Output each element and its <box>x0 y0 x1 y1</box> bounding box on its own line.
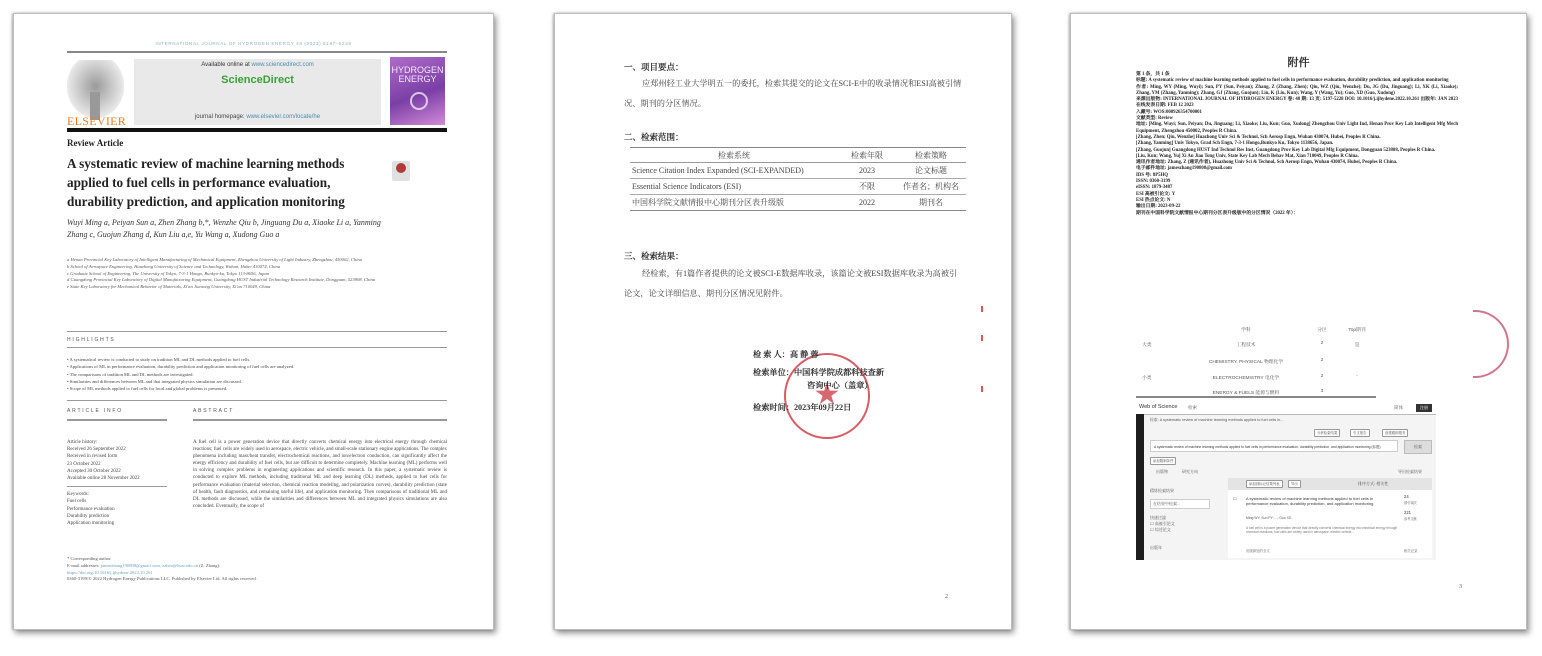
affiliations: a Henan Provincial Key Laboratory of Int… <box>67 257 447 291</box>
table-row: ENERGY & FUELS 能源与燃料 3 <box>1136 389 1376 401</box>
highlight-item: • A systematical review is conducted to … <box>67 356 447 363</box>
sciencedirect-name: ScienceDirect <box>134 74 381 86</box>
abstract-heading: ABSTRACT <box>193 408 234 414</box>
email-links[interactable]: jameszhang190808@gmail.com, zzhen@hust.e… <box>101 563 198 568</box>
refine-input[interactable]: 在结果中检索... <box>1150 499 1210 509</box>
column-header: Top期刊 <box>1342 326 1372 333</box>
article-type: Review Article <box>67 138 123 148</box>
unit-line-2: 咨询中心（盖章） <box>807 380 873 391</box>
divider <box>193 419 447 421</box>
wos-tab-publications[interactable]: 出版物 <box>1156 469 1168 475</box>
time-line: 检索时间：2023年09月22日 <box>753 402 851 413</box>
homepage-label: journal homepage: <box>195 114 246 120</box>
cell: 作者名；机构名 <box>896 179 966 195</box>
add-to-marked-list-button[interactable]: 添加到标记结果列表 <box>1246 480 1283 488</box>
record-line: 作者: Ming, WY (Ming, Wuyi); Sun, PY (Sun,… <box>1136 85 1458 98</box>
full-text-link[interactable]: 出版商处的全文 <box>1246 548 1270 553</box>
search-scope-table: 检索系统 检索年限 检索策略 Science Citation Index Ex… <box>630 147 966 211</box>
wos-language-select[interactable]: 简体 <box>1394 405 1403 411</box>
result-title-link[interactable]: A systematic review of machine learning … <box>1246 496 1391 506</box>
column-header: 学科 <box>1186 326 1306 333</box>
keyword: Fuel cells <box>67 498 167 505</box>
result-snippet: A fuel cell is a power generation device… <box>1246 526 1406 534</box>
citation-count[interactable]: 24 <box>1404 494 1409 499</box>
header-thick-bar <box>67 128 447 132</box>
cell: 期刊名 <box>896 195 966 211</box>
affiliation-e: e State Key Laboratory for Mechanical Be… <box>67 284 447 291</box>
seam-seal-mark <box>981 335 983 341</box>
column-header: 检索策略 <box>896 148 966 163</box>
sort-select[interactable]: 排序方式: 相关性 <box>1358 481 1388 487</box>
affiliation-d: d Guangdong Provincial Key Laboratory of… <box>67 277 447 284</box>
column-header: 检索系统 <box>630 148 838 163</box>
filter-checkbox[interactable]: ☐ 综述论文 <box>1150 527 1210 533</box>
history-item: 23 October 2022 <box>67 461 167 468</box>
journal-cover-image: HYDROGEN ENERGY <box>390 57 445 125</box>
divider <box>67 419 167 421</box>
wos-results-list: 添加到标记结果列表 导出 排序方式: 相关性 ☐ A systematic re… <box>1228 478 1432 558</box>
reference-label: 参考文献 <box>1404 516 1417 521</box>
table-row: 大类 工程技术 2 是 <box>1136 341 1376 353</box>
header-rule <box>67 51 447 53</box>
table-header-row: 学科 分区 Top期刊 <box>1136 326 1376 338</box>
article-history: Article history: Received 26 September 2… <box>67 439 167 527</box>
wos-logo: Web of Science <box>1139 404 1177 410</box>
table-row: Essential Science Indicators (ESI) 不限 作者… <box>630 179 966 195</box>
wos-citation-report-button[interactable]: 引文报告 <box>1350 429 1370 437</box>
searcher-line: 检 索 人：高 静 蓉 <box>753 349 819 360</box>
cell: Essential Science Indicators (ESI) <box>630 179 838 195</box>
wos-analyze-button[interactable]: 分析检索结果 <box>1314 429 1340 437</box>
history-label: Article history: <box>67 439 167 446</box>
unit-line: 检索单位：中国科学院成都科技查新 <box>753 367 884 378</box>
affiliation-b: b School of Aerospace Engineering, Huazh… <box>67 264 447 271</box>
wos-results-toolbar: 添加到标记结果列表 导出 排序方式: 相关性 <box>1228 478 1432 490</box>
keyword: Application monitoring <box>67 520 167 527</box>
search-date: 2023年09月22日 <box>794 403 851 412</box>
divider <box>67 347 447 348</box>
copyright-line: 0360-3199/© 2022 Hydrogen Energy Publica… <box>67 576 447 583</box>
divider <box>67 486 167 487</box>
footnotes: * Corresponding author. E-mail addresses… <box>67 556 447 583</box>
result-authors: Ming WY; Sun PY; ...; Guo XD <box>1246 516 1291 520</box>
searcher-name: 高 静 蓉 <box>790 350 819 359</box>
cover-title: HYDROGEN ENERGY <box>390 66 445 84</box>
record-details: 第 1 条，共 1 条 标题: A systematic review of m… <box>1136 72 1458 217</box>
available-online-line: Available online at www.sciencedirect.co… <box>134 62 381 68</box>
table-bottom-rule <box>1136 396 1376 398</box>
section3-text: 经检索，有1篇作者提供的论文被SCI-E数据库收录，该篇论文被ESI数据库收录为… <box>624 264 964 304</box>
email-line: E-mail addresses: jameszhang190808@gmail… <box>67 563 447 570</box>
record-line: 来源出版物: INTERNATIONAL JOURNAL OF HYDROGEN… <box>1136 97 1458 110</box>
affiliation-c: c Graduate School of Engineering, The Un… <box>67 271 447 278</box>
table-row: 小类 ELECTROCHEMISTRY 电化学 2 - <box>1136 374 1376 386</box>
section2-heading: 二、检索范围： <box>624 131 684 143</box>
related-records-link[interactable]: 相关记录 <box>1404 548 1418 553</box>
cover-ring-graphic <box>410 92 428 110</box>
column-header: 分区 <box>1316 326 1328 333</box>
highlights-heading: HIGHLIGHTS <box>67 337 116 343</box>
cell: 论文标题 <box>896 163 966 179</box>
citation-label: 被引频次 <box>1404 500 1417 505</box>
table-row: CHEMISTRY, PHYSICAL 物理化学 2 <box>1136 358 1376 370</box>
highlight-item: • Similarities and differences between M… <box>67 378 447 385</box>
abstract-text: A fuel cell is a power generation device… <box>193 439 447 510</box>
sciencedirect-banner: Available online at www.sciencedirect.co… <box>134 59 381 125</box>
wos-nav-search[interactable]: 检索 <box>1188 405 1197 411</box>
highlight-item: • Scope of ML methods applied to fuel ce… <box>67 385 447 392</box>
wos-query-label: 检索: A systematic review of machine learn… <box>1150 418 1283 423</box>
official-red-seal: ★ <box>784 353 870 439</box>
seam-seal-mark <box>981 386 983 392</box>
section1-heading: 一、项目要点： <box>624 61 684 73</box>
cell: 中国科学院文献情报中心期刊分区表升级版 <box>630 195 838 211</box>
seam-seal-mark <box>981 306 983 312</box>
refine-heading: 精炼检索结果 <box>1150 488 1210 494</box>
cell: 不限 <box>838 179 896 195</box>
wos-topbar: Web of Science 检索 简体 注册 <box>1136 402 1436 415</box>
history-item: Accepted 30 October 2022 <box>67 468 167 475</box>
table-row: Science Citation Index Expanded (SCI-EXP… <box>630 163 966 179</box>
result-checkbox[interactable]: ☐ <box>1233 496 1237 501</box>
highlight-item: • The comparisons of tradition ML and DL… <box>67 371 447 378</box>
export-button[interactable]: 导出 <box>1288 480 1301 488</box>
cell: Science Citation Index Expanded (SCI-EXP… <box>630 163 838 179</box>
wos-add-filter-button[interactable]: 添加限制条件 <box>1150 457 1176 465</box>
history-item: Received in revised form <box>67 453 167 460</box>
corresponding-author-note: * Corresponding author. <box>67 556 447 563</box>
journal-homepage-line: journal homepage: www.elsevier.com/locat… <box>134 114 381 120</box>
document-page-search-report[interactable]: 一、项目要点： 应郑州轻工业大学明五一的委托，检索其提交的论文在SCI-E中的收… <box>554 13 1012 630</box>
document-page-attachment[interactable]: 附件 第 1 条，共 1 条 标题: A systematic review o… <box>1070 13 1527 630</box>
record-line: 标题: A systematic review of machine learn… <box>1136 78 1458 84</box>
wos-screenshot: Web of Science 检索 简体 注册 检索: A systematic… <box>1136 402 1436 560</box>
wos-tab-research-areas[interactable]: 研究方向 <box>1182 469 1198 475</box>
table-row: 中国科学院文献情报中心期刊分区表升级版 2022 期刊名 <box>630 195 966 211</box>
attachment-title: 附件 <box>1071 54 1526 70</box>
publisher-logo-text: ELSEVIER <box>67 114 126 129</box>
publication-years-filter[interactable]: 出版年 <box>1150 545 1210 551</box>
keyword: Durability prediction <box>67 513 167 520</box>
history-item: Received 26 September 2022 <box>67 446 167 453</box>
page-number: 3 <box>1459 584 1462 590</box>
wos-sidebar <box>1136 414 1144 560</box>
record-line: [Zhang, Guojun] Guangdong HUST Ind Techn… <box>1136 148 1458 154</box>
reference-count[interactable]: 221 <box>1404 510 1411 515</box>
journal-running-header: INTERNATIONAL JOURNAL OF HYDROGEN ENERGY… <box>14 41 493 46</box>
wos-search-button[interactable]: 检索 <box>1404 440 1432 454</box>
divider <box>67 331 447 332</box>
divider <box>67 400 447 401</box>
cell: 2023 <box>838 163 896 179</box>
wos-register-button[interactable]: 注册 <box>1416 404 1432 412</box>
wos-refine-panel: 精炼检索结果 在结果中检索... 快速过滤 ☐ 高被引论文 ☐ 综述论文 出版年 <box>1150 488 1210 558</box>
highlight-item: • Applications of ML in performance eval… <box>67 363 447 370</box>
table-header-row: 检索系统 检索年限 检索策略 <box>630 148 966 163</box>
wos-search-input[interactable]: A systematic review of machine learning … <box>1150 440 1398 452</box>
cell: 2022 <box>838 195 896 211</box>
article-title: A systematic review of machine learning … <box>67 154 387 211</box>
unit-name: 中国科学院成都科技查新 <box>794 368 884 377</box>
page-number: 2 <box>945 594 948 600</box>
highlights-list: • A systematical review is conducted to … <box>67 356 447 392</box>
wos-alert-button[interactable]: 创建跟踪服务 <box>1382 429 1408 437</box>
keywords-label: Keywords: <box>67 491 167 498</box>
crossmark-icon[interactable] <box>392 161 410 181</box>
record-line: 地址: [Ming, Wuyi; Sun, Peiyan; Du, Jingua… <box>1136 122 1458 135</box>
history-item: Available online 28 November 2022 <box>67 475 167 482</box>
article-info-heading: ARTICLE INFO <box>67 408 123 414</box>
sciencedirect-link[interactable]: www.sciencedirect.com <box>251 62 313 68</box>
section1-text: 应郑州轻工业大学明五一的委托，检索其提交的论文在SCI-E中的收录情况和ESI高… <box>624 74 964 114</box>
section3-heading: 三、检索结果： <box>624 250 684 262</box>
available-online-label: Available online at <box>201 62 251 68</box>
seam-seal-half <box>1473 310 1509 378</box>
wos-export-link[interactable]: 导出检索结果 <box>1398 469 1422 475</box>
journal-homepage-link[interactable]: www.elsevier.com/locate/he <box>246 114 320 120</box>
document-page-article[interactable]: INTERNATIONAL JOURNAL OF HYDROGEN ENERGY… <box>13 13 494 630</box>
doi-link[interactable]: https://doi.org/10.1016/j.ijhydene.2022.… <box>67 570 447 577</box>
keyword: Performance evaluation <box>67 506 167 513</box>
record-line: 期刊在中国科学院文献情报中心期刊分区表升级版中的分区情况（2022 年）： <box>1136 211 1458 217</box>
author-list: Wuyi Ming a, Peiyan Sun a, Zhen Zhang b,… <box>67 217 397 241</box>
affiliation-a: a Henan Provincial Key Laboratory of Int… <box>67 257 447 264</box>
column-header: 检索年限 <box>838 148 896 163</box>
